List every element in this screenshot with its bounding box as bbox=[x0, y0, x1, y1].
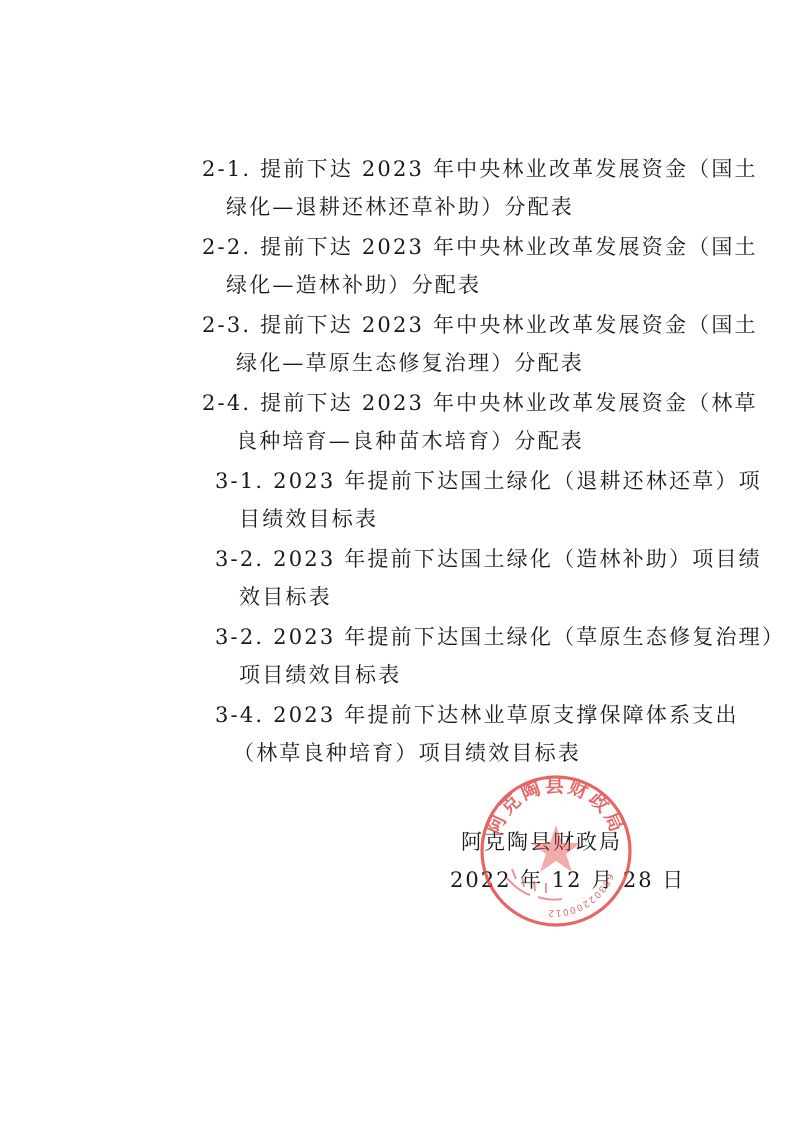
attachment-line: 绿化—退耕还林还草补助）分配表 bbox=[202, 188, 758, 226]
attachment-line: 绿化—造林补助）分配表 bbox=[202, 266, 758, 304]
attachment-item-2-4: 2-4. 提前下达 2023 年中央林业改革发展资金（林草 良种培育—良种苗木培… bbox=[202, 384, 758, 460]
attachment-line: 3-4. 2023 年提前下达林业草原支撑保障体系支出 bbox=[215, 696, 739, 734]
document-page: 2-1. 提前下达 2023 年中央林业改革发展资金（国土 绿化—退耕还林还草补… bbox=[0, 0, 793, 1122]
attachment-line: 3-1. 2023 年提前下达国土绿化（退耕还林还草）项 bbox=[215, 462, 762, 500]
attachment-item-2-2: 2-2. 提前下达 2023 年中央林业改革发展资金（国土 绿化—造林补助）分配… bbox=[202, 228, 758, 304]
issuer-name: 阿克陶县财政局 bbox=[461, 826, 622, 856]
attachment-line: 效目标表 bbox=[215, 578, 762, 616]
attachment-line: 目绩效目标表 bbox=[215, 500, 762, 538]
attachment-line: 良种培育—良种苗木培育）分配表 bbox=[202, 422, 758, 460]
attachment-line: 3-2. 2023 年提前下达国土绿化（草原生态修复治理） bbox=[215, 618, 785, 656]
attachment-line: （林草良种培育）项目绩效目标表 bbox=[215, 734, 739, 772]
attachment-line: 2-2. 提前下达 2023 年中央林业改革发展资金（国土 bbox=[202, 228, 758, 266]
attachment-line: 项目绩效目标表 bbox=[215, 656, 785, 694]
attachment-line: 3-2. 2023 年提前下达国土绿化（造林补助）项目绩 bbox=[215, 540, 762, 578]
attachment-item-3-1: 3-1. 2023 年提前下达国土绿化（退耕还林还草）项 目绩效目标表 bbox=[215, 462, 762, 538]
attachment-line: 绿化—草原生态修复治理）分配表 bbox=[202, 344, 758, 382]
attachment-line: 2-4. 提前下达 2023 年中央林业改革发展资金（林草 bbox=[202, 384, 758, 422]
attachment-item-3-2b: 3-2. 2023 年提前下达国土绿化（草原生态修复治理） 项目绩效目标表 bbox=[215, 618, 785, 694]
attachment-item-3-2: 3-2. 2023 年提前下达国土绿化（造林补助）项目绩 效目标表 bbox=[215, 540, 762, 616]
attachment-item-3-4: 3-4. 2023 年提前下达林业草原支撑保障体系支出 （林草良种培育）项目绩效… bbox=[215, 696, 739, 772]
attachment-line: 2-1. 提前下达 2023 年中央林业改革发展资金（国土 bbox=[202, 150, 758, 188]
attachment-item-2-3: 2-3. 提前下达 2023 年中央林业改革发展资金（国土 绿化—草原生态修复治… bbox=[202, 306, 758, 382]
issue-date: 2022 年 12 月 28 日 bbox=[450, 864, 685, 894]
attachment-item-2-1: 2-1. 提前下达 2023 年中央林业改革发展资金（国土 绿化—退耕还林还草补… bbox=[202, 150, 758, 226]
attachment-line: 2-3. 提前下达 2023 年中央林业改革发展资金（国土 bbox=[202, 306, 758, 344]
